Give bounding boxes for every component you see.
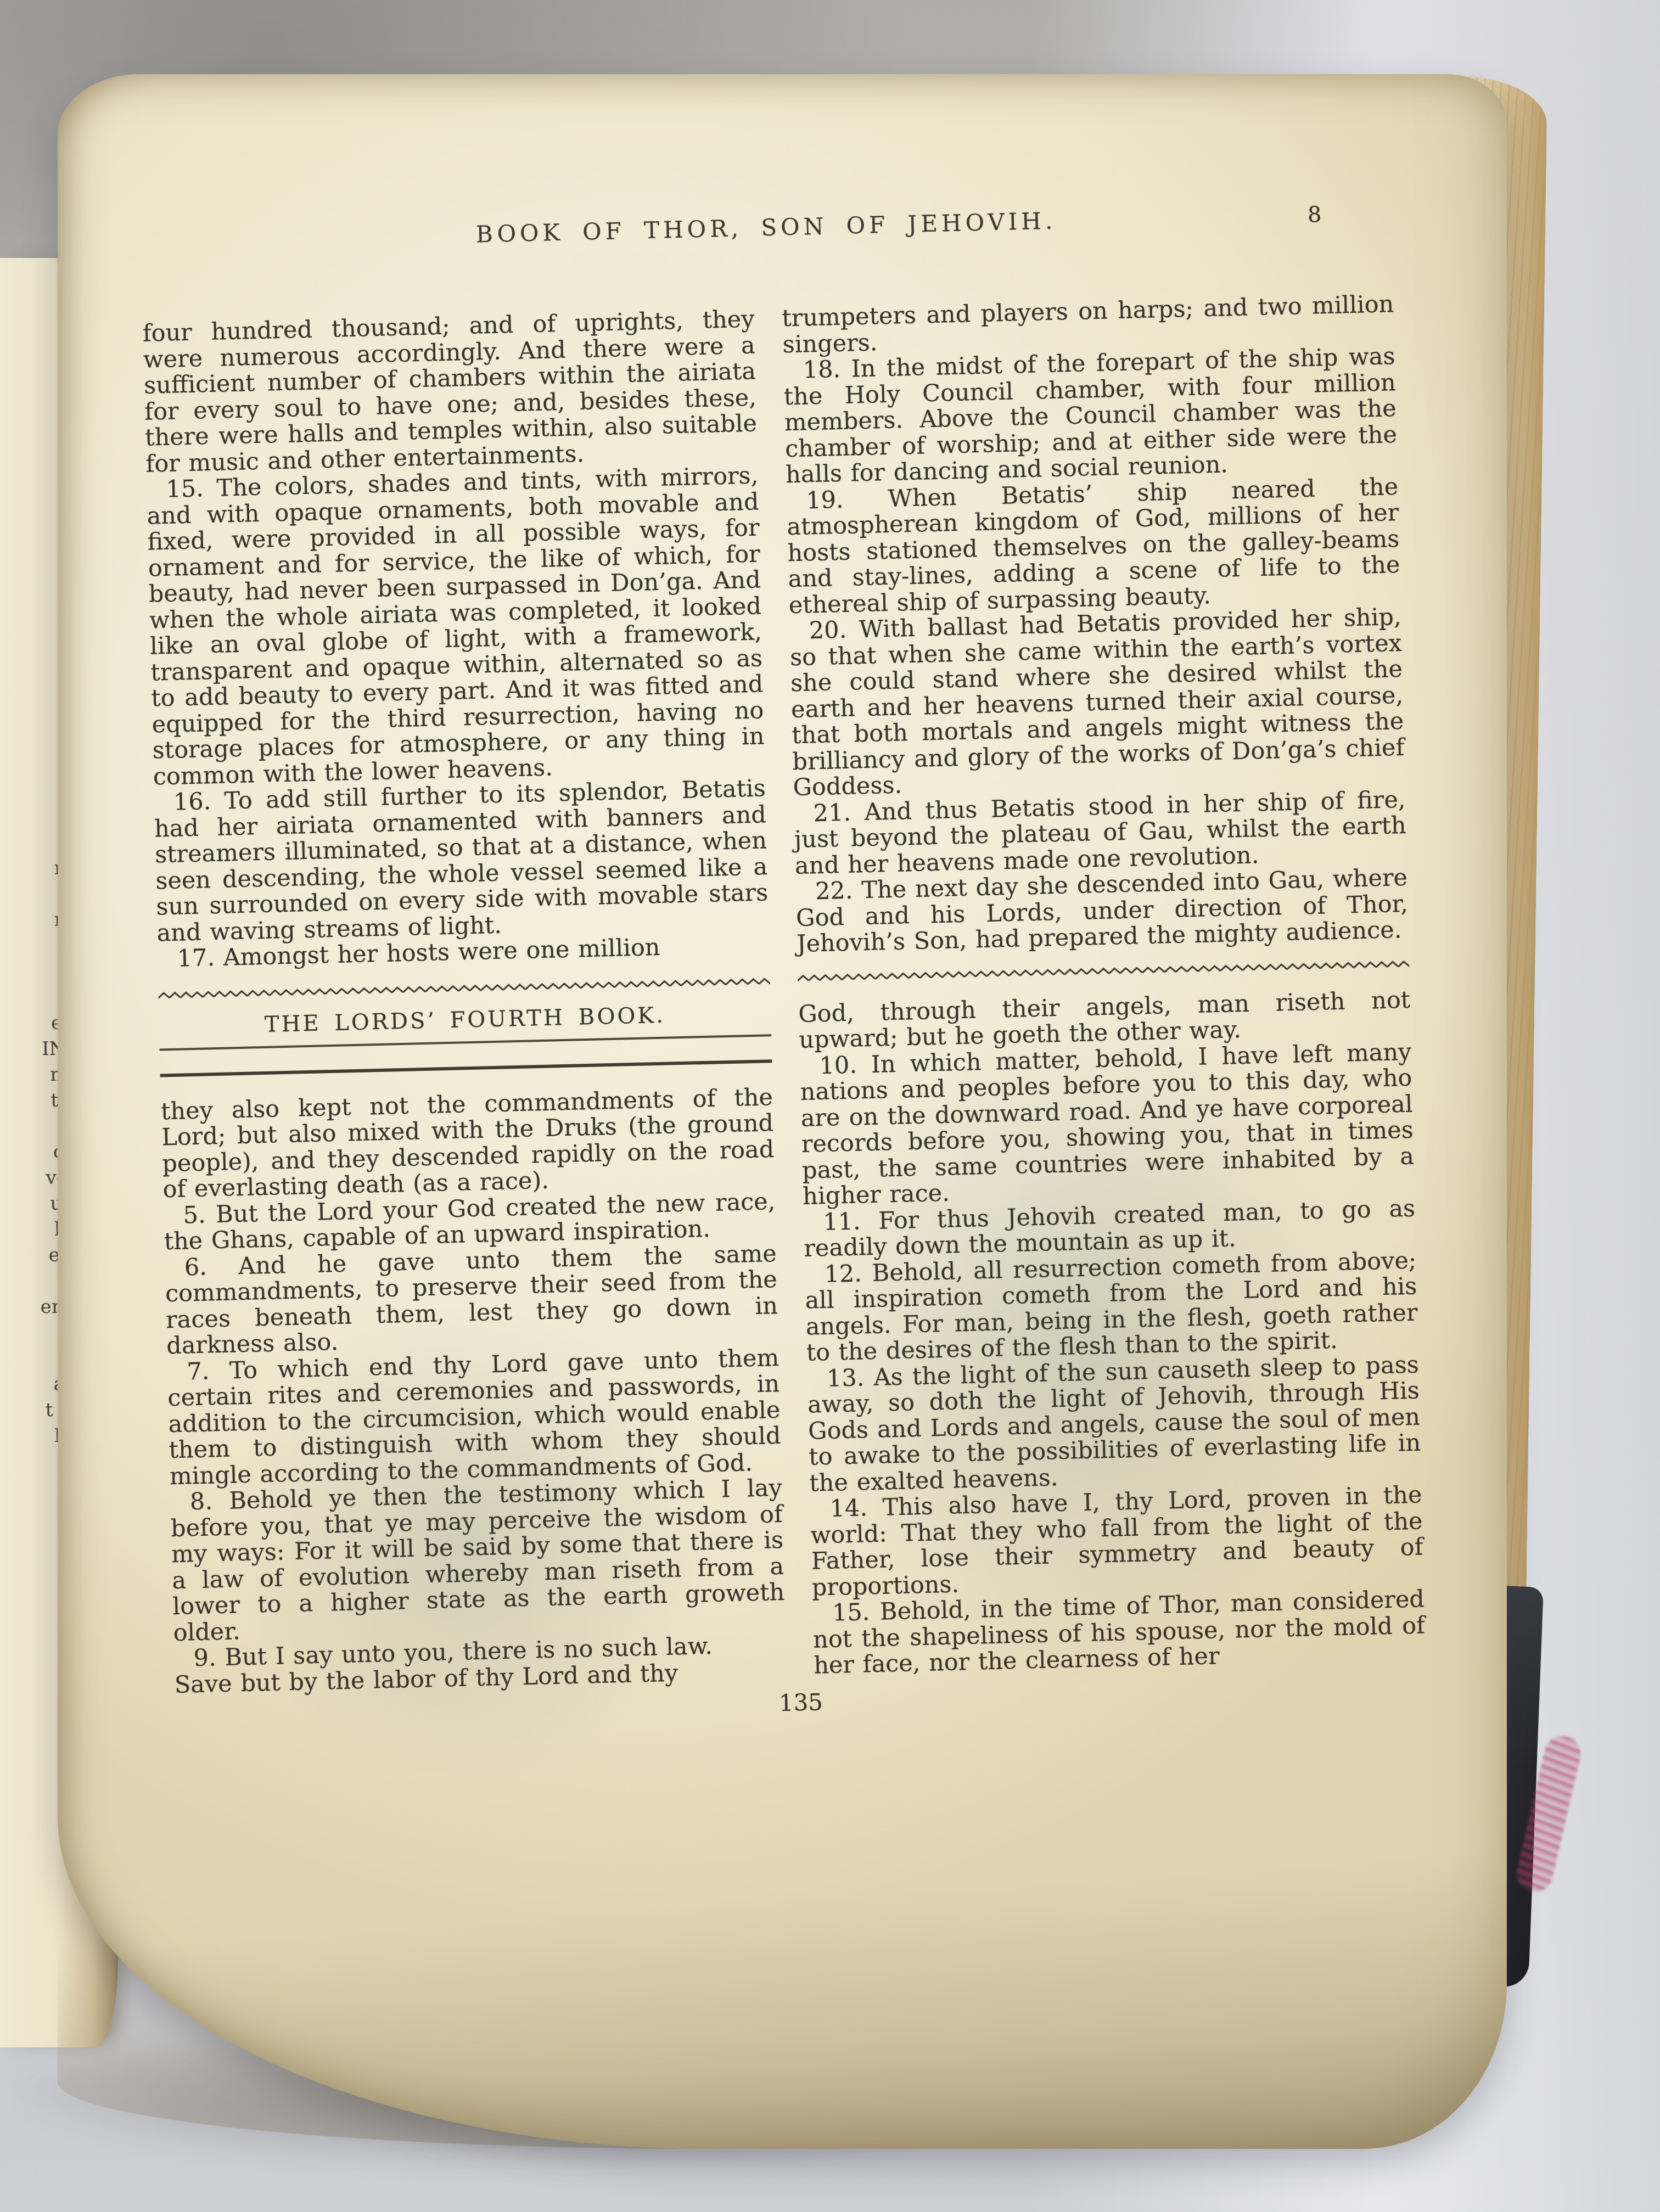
- paragraph: 20. With ballast had Betatis provided he…: [789, 604, 1405, 801]
- paragraph: 10. In which matter, behold, I have left…: [799, 1039, 1415, 1210]
- running-head-row: BOOK OF THOR, SON OF JEHOVIH. 8: [140, 199, 1393, 289]
- paragraph: four hundred thousand; and of uprights, …: [142, 307, 758, 478]
- paragraph: 7. To which end thy Lord gave unto them …: [167, 1345, 782, 1490]
- paragraph: 8. Behold ye then the testimony which I …: [170, 1475, 785, 1646]
- paragraph: 22. The next day she descended into Gau,…: [795, 865, 1409, 958]
- wavy-divider: [158, 977, 770, 1000]
- paragraph: 19. When Betatis’ ship neared the atmosp…: [786, 474, 1401, 619]
- column-left: four hundred thousand; and of uprights, …: [142, 307, 787, 1699]
- page-curl-shading: [58, 1732, 1507, 2149]
- page-number-top: 8: [1307, 202, 1322, 228]
- page-text-area: BOOK OF THOR, SON OF JEHOVIH. 8 four hun…: [140, 199, 1427, 1731]
- paragraph: 14. This also have I, thy Lord, proven i…: [810, 1482, 1424, 1601]
- wavy-divider: [798, 959, 1410, 983]
- paragraph: 6. And he gave unto them the same comman…: [164, 1241, 778, 1360]
- paragraph: 18. In the midst of the forepart of the …: [783, 344, 1398, 489]
- column-right: trumpeters and players on harps; and two…: [782, 291, 1426, 1683]
- paragraph: they also kept not the commandments of t…: [161, 1085, 775, 1203]
- paragraph: 15. Behold, in the time of Thor, man con…: [812, 1586, 1426, 1679]
- paragraph: 12. Behold, all resurrection cometh from…: [804, 1248, 1418, 1366]
- section-double-rule: [160, 1034, 772, 1077]
- paragraph: 16. To add still further to its splendor…: [153, 776, 769, 946]
- paragraph: 13. As the light of the sun causeth slee…: [806, 1352, 1421, 1497]
- two-column-text: four hundred thousand; and of uprights, …: [142, 291, 1426, 1698]
- book-page: BOOK OF THOR, SON OF JEHOVIH. 8 four hun…: [58, 74, 1507, 2149]
- photo-of-open-book: l s n, s, n h ne nd g; er ed, ING not th…: [0, 0, 1660, 2212]
- paragraph: 15. The colors, shades and tints, with m…: [146, 463, 765, 790]
- section-heading: THE LORDS’ FOURTH BOOK.: [159, 1000, 771, 1040]
- running-head-title: BOOK OF THOR, SON OF JEHOVIH.: [140, 199, 1392, 256]
